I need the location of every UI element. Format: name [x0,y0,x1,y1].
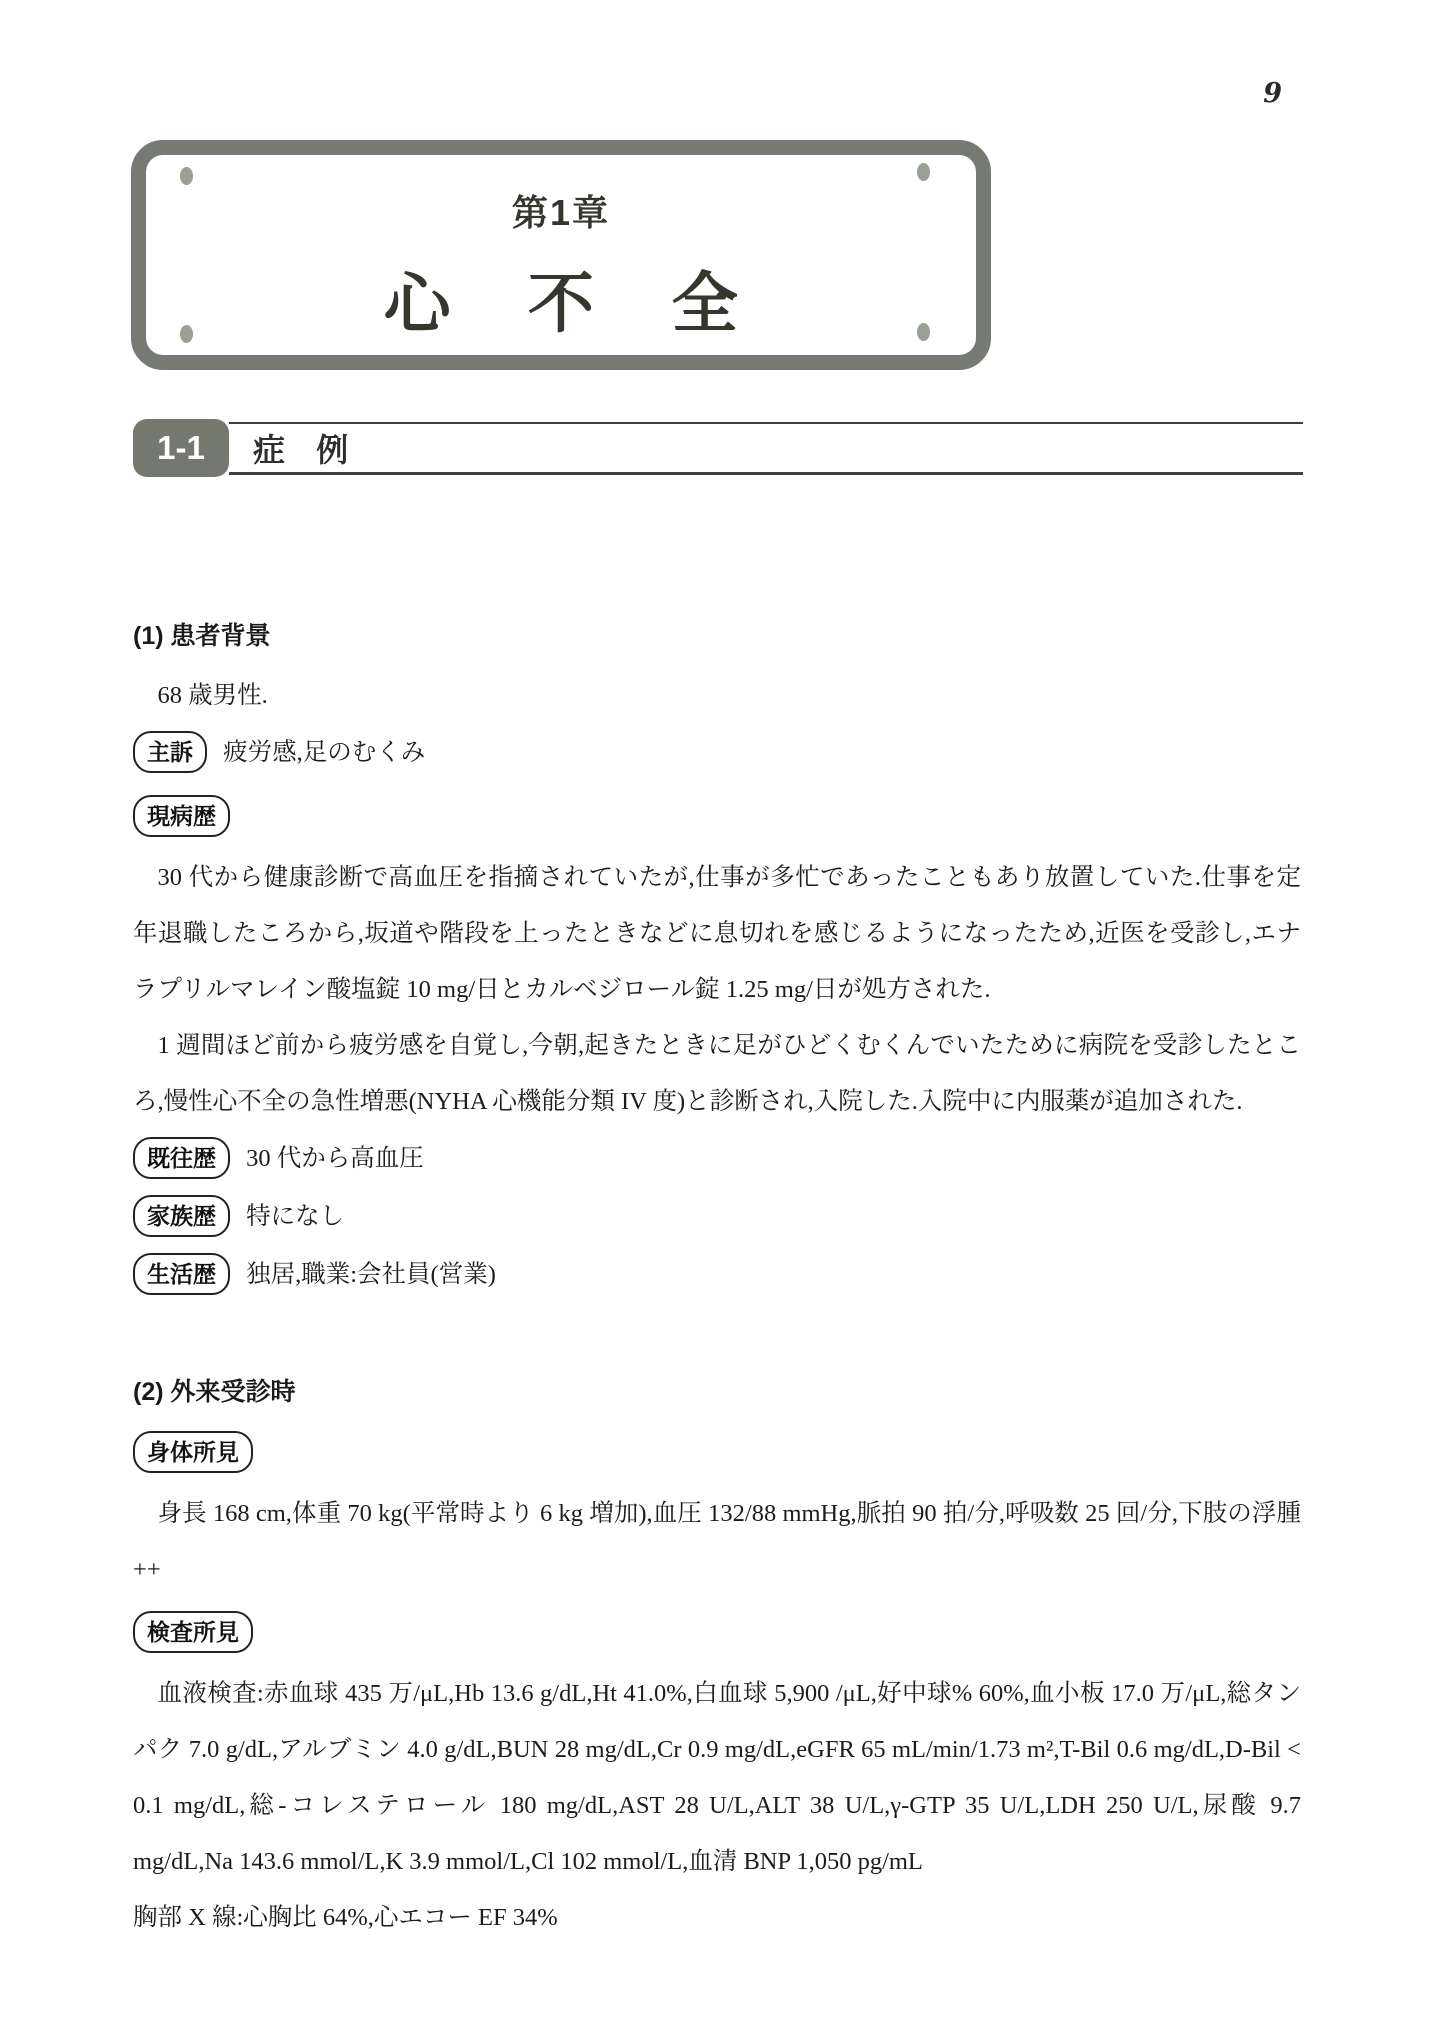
chief-complaint-label: 主訴 [133,731,207,773]
lab-findings-label: 検査所見 [133,1611,253,1653]
physical-findings-label: 身体所見 [133,1431,253,1473]
present-illness-paragraph-1: 30 代から健康診断で高血圧を指摘されていたが,仕事が多忙であったこともあり放置… [133,850,1301,1018]
part2-heading: (2) 外来受診時 [133,1366,1301,1418]
patient-age-sex: 68 歳男性. [133,668,1301,724]
chief-complaint-text: 疲労感,足のむくみ [223,739,425,766]
past-history-text: 30 代から高血圧 [246,1145,424,1172]
present-illness-label: 現病歴 [133,795,230,837]
chapter-number: 第1章 [146,185,976,236]
corner-dot [180,325,193,343]
social-history-row: 生活歴 独居,職業:会社員(営業) [133,1246,1301,1304]
social-history-text: 独居,職業:会社員(営業) [246,1261,496,1288]
chapter-title: 心 不 全 [146,250,976,345]
past-history-label: 既往歴 [133,1137,230,1179]
page-number: 9 [1263,78,1282,109]
family-history-label: 家族歴 [133,1195,230,1237]
social-history-label: 生活歴 [133,1253,230,1295]
part1-heading: (1) 患者背景 [133,610,1301,662]
physical-findings-text: 身長 168 cm,体重 70 kg(平常時より 6 kg 増加),血圧 132… [133,1486,1301,1598]
corner-dot [917,323,930,341]
chief-complaint-row: 主訴 疲労感,足のむくみ [133,724,1301,782]
chapter-title-plate: 第1章 心 不 全 [131,140,991,370]
section-number-badge: 1-1 [133,419,229,477]
present-illness-paragraph-2: 1 週間ほど前から疲労感を自覚し,今朝,起きたときに足がひどくむくんでいたために… [133,1018,1301,1130]
present-illness-row: 現病歴 [133,788,1301,846]
family-history-text: 特になし [246,1203,344,1230]
physical-findings-row: 身体所見 [133,1424,1301,1482]
imaging-results: 胸部 X 線:心胸比 64%,心エコー EF 34% [133,1890,1301,1946]
corner-dot [917,163,930,181]
corner-dot [180,167,193,185]
lab-findings-row: 検査所見 [133,1604,1301,1662]
section-title-box: 症 例 [229,422,1303,475]
family-history-row: 家族歴 特になし [133,1188,1301,1246]
section-title: 症 例 [253,425,360,471]
blood-test-results: 血液検査:赤血球 435 万/μL,Hb 13.6 g/dL,Ht 41.0%,… [133,1666,1301,1890]
past-history-row: 既往歴 30 代から高血圧 [133,1130,1301,1188]
case-body: (1) 患者背景 68 歳男性. 主訴 疲労感,足のむくみ 現病歴 30 代から… [133,610,1301,1946]
section-header: 1-1 症 例 [133,419,1303,477]
